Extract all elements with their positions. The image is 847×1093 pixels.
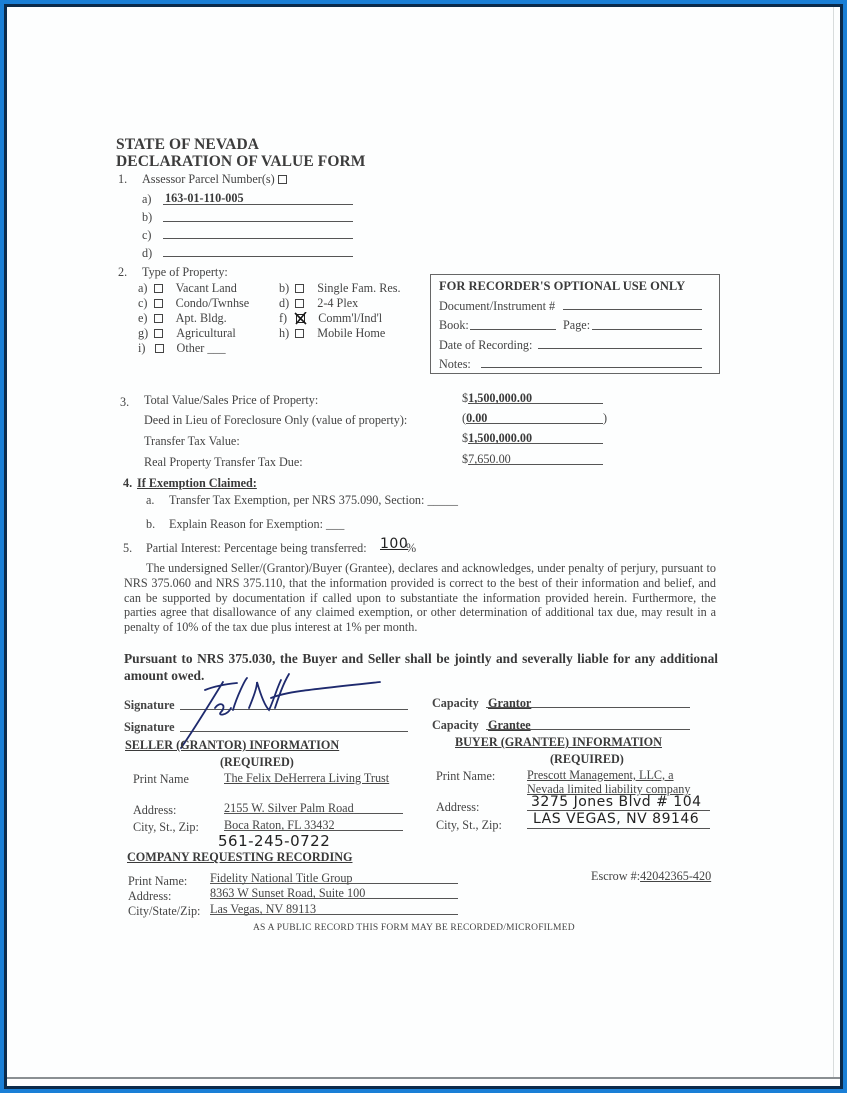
property-option-condo[interactable]: c) Condo/Twnhse [138,296,249,311]
option-letter: b) [279,281,289,295]
section1-number: 1. [118,172,127,187]
buyer-required: (REQUIRED) [550,752,624,767]
capacity-label-2: Capacity [432,718,479,733]
buyer-name-label: Print Name: [436,769,495,784]
option-letter: d) [279,296,289,310]
option-letter: f) [279,311,287,325]
company-city-label: City/State/Zip: [128,904,200,919]
form-title-state: STATE OF NEVADA [116,136,259,154]
buyer-address-label: Address: [436,800,479,815]
checkbox[interactable] [154,284,163,293]
company-name-line [210,883,458,884]
option-label: 2-4 Plex [317,296,358,310]
date-of-recording-label: Date of Recording: [439,338,532,353]
option-label: Other ___ [177,341,226,355]
seller-required: (REQUIRED) [220,755,294,770]
section2-number: 2. [118,265,127,280]
seller-address-line [224,813,403,814]
property-option-other[interactable]: i) Other ___ [138,341,226,356]
escrow-value: 42042365-420 [640,869,711,883]
checkbox[interactable] [155,344,164,353]
deed-in-lieu-label: Deed in Lieu of Foreclosure Only (value … [144,413,407,428]
declaration-paragraph: The undersigned Seller/(Grantor)/Buyer (… [124,561,716,635]
page-label: Page: [563,318,590,333]
deed-in-lieu-line [466,423,603,424]
book-field[interactable] [470,329,556,330]
checkbox[interactable] [295,299,304,308]
seller-name[interactable]: The Felix DeHerrera Living Trust [224,771,389,786]
book-label: Book: [439,318,469,333]
option-label: Single Fam. Res. [317,281,400,295]
option-label: Apt. Bldg. [176,311,227,325]
company-heading: COMPANY REQUESTING RECORDING [127,850,352,865]
property-type-label: Type of Property: [142,265,228,280]
exemption-b-letter: b. [146,517,155,532]
escrow-number[interactable]: Escrow #:42042365-420 [591,869,711,884]
parcel-field-d[interactable] [163,256,353,257]
percent-sign: % [406,541,416,556]
capacity-line-1 [486,707,690,708]
parcel-field-c[interactable] [163,238,353,239]
seller-name-label: Print Name [133,772,189,787]
buyer-heading: BUYER (GRANTEE) INFORMATION [455,735,662,750]
option-letter: i) [138,341,145,355]
parcel-letter-c: c) [142,228,151,243]
total-value-label: Total Value/Sales Price of Property: [144,393,318,408]
checkbox[interactable] [154,329,163,338]
document-instrument-label: Document/Instrument # [439,299,555,314]
total-value-line [470,403,603,404]
buyer-city-label: City, St., Zip: [436,818,502,833]
checkbox-checked[interactable] [296,314,305,323]
option-label: Condo/Twnhse [176,296,250,310]
seller-heading: SELLER (GRANTOR) INFORMATION [125,738,339,753]
property-option-single-fam[interactable]: b) Single Fam. Res. [279,281,401,296]
option-letter: h) [279,326,289,340]
company-address-label: Address: [128,889,171,904]
recorder-box-title: FOR RECORDER'S OPTIONAL USE ONLY [439,279,685,294]
capacity-label-1: Capacity [432,696,479,711]
signature-label-1: Signature [124,698,175,713]
seller-city-label: City, St., Zip: [133,820,199,835]
company-city-line [210,914,458,915]
assessor-parcel-label: Assessor Parcel Number(s) [142,172,287,187]
page-field[interactable] [592,329,702,330]
option-letter: g) [138,326,148,340]
buyer-address-handwritten[interactable]: 3275 Jones Blvd # 104 [531,794,702,810]
section5-number: 5. [123,541,132,556]
capacity-value-1[interactable]: Grantor [488,696,531,711]
company-name-label: Print Name: [128,874,187,889]
buyer-city-line [527,828,710,829]
parcel-letter-b: b) [142,210,152,225]
checkbox[interactable] [295,284,304,293]
notes-label: Notes: [439,357,471,372]
page-edge-bottom [7,1077,840,1079]
signature-label-2: Signature [124,720,175,735]
assessor-parcel-label-text: Assessor Parcel Number(s) [142,172,275,186]
seller-phone-handwritten: 561-245-0722 [218,832,330,850]
public-record-notice: AS A PUBLIC RECORD THIS FORM MAY BE RECO… [253,923,575,933]
partial-interest-label: Partial Interest: Percentage being trans… [146,541,367,556]
seller-address-label: Address: [133,803,176,818]
parcel-letter-a: a) [142,192,151,207]
exemption-a-letter: a. [146,493,154,508]
transfer-tax-value-line [470,443,603,444]
exemption-reason-label[interactable]: Explain Reason for Exemption: ___ [169,517,344,532]
parcel-letter-d: d) [142,246,152,261]
seller-city-line [224,830,403,831]
option-label: Mobile Home [317,326,385,340]
option-letter: e) [138,311,147,325]
transfer-tax-value-label: Transfer Tax Value: [144,434,240,449]
capacity-value-2[interactable]: Grantee [488,718,531,733]
date-of-recording-field[interactable] [538,348,702,349]
property-option-2-4-plex[interactable]: d) 2-4 Plex [279,296,358,311]
checkbox[interactable] [154,299,163,308]
property-option-vacant-land[interactable]: a) Vacant Land [138,281,237,296]
exemption-heading: If Exemption Claimed: [137,476,257,491]
escrow-label: Escrow #: [591,869,640,883]
exemption-section-label[interactable]: Transfer Tax Exemption, per NRS 375.090,… [169,493,458,508]
property-option-commercial[interactable]: f) Comm'l/Ind'l [279,311,382,326]
partial-interest-value[interactable]: 100 [380,536,408,552]
section3-number: 3. [120,395,129,410]
option-letter: c) [138,296,147,310]
company-address-line [210,898,458,899]
form-title: DECLARATION OF VALUE FORM [116,153,366,171]
transfer-tax-due-label: Real Property Transfer Tax Due: [144,455,303,470]
property-option-mobile-home[interactable]: h) Mobile Home [279,326,385,341]
check-x-icon [294,312,307,325]
buyer-name-line1[interactable]: Prescott Management, LLC, a [527,768,674,783]
assessor-parcel-checkbox[interactable] [278,175,287,184]
document-instrument-field[interactable] [563,309,702,310]
checkbox[interactable] [295,329,304,338]
transfer-tax-due-line [470,464,603,465]
buyer-city-handwritten[interactable]: LAS VEGAS, NV 89146 [533,811,699,827]
parcel-line-a [163,204,353,205]
property-option-apt-bldg[interactable]: e) Apt. Bldg. [138,311,227,326]
paren-close: ) [603,411,607,426]
property-option-agricultural[interactable]: g) Agricultural [138,326,236,341]
option-label: Agricultural [176,326,236,340]
capacity-line-2 [486,729,690,730]
section4-number: 4. [123,476,132,491]
option-label: Comm'l/Ind'l [318,311,382,325]
option-letter: a) [138,281,147,295]
notes-field[interactable] [481,367,702,368]
checkbox[interactable] [154,314,163,323]
page-edge [833,7,834,1077]
option-label: Vacant Land [176,281,237,295]
parcel-field-b[interactable] [163,221,353,222]
